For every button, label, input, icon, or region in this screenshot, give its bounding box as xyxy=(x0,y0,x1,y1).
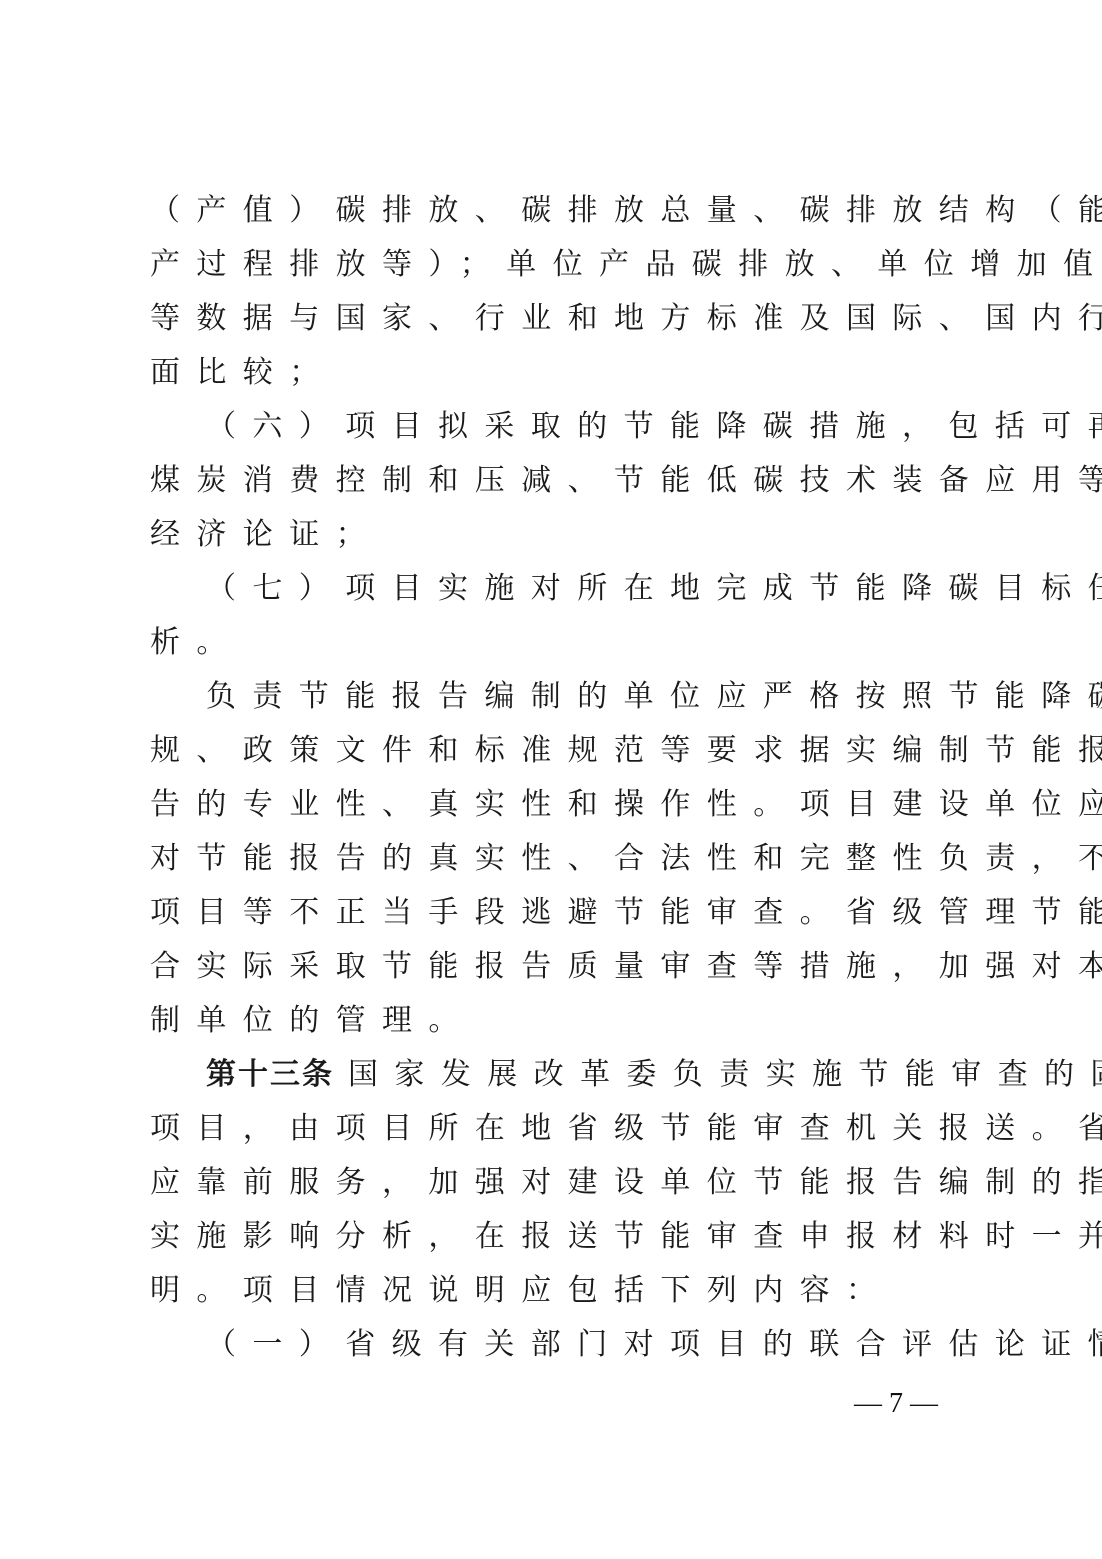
text-line: 制单位的管理。 xyxy=(150,994,950,1048)
text-line: 规、政策文件和标准规范等要求据实编制节能报告，确保节能报 xyxy=(150,724,950,778)
paragraph-start: 负责节能报告编制的单位应严格按照节能降碳有关法律法 xyxy=(150,670,950,724)
text-line: 明。项目情况说明应包括下列内容： xyxy=(150,1264,950,1318)
text-line: 对节能报告的真实性、合法性和完整性负责，不得以拆分或合并 xyxy=(150,832,950,886)
text-line: 析。 xyxy=(150,616,950,670)
text-line: 合实际采取节能报告质量审查等措施，加强对本地区节能报告编 xyxy=(150,940,950,994)
text-line: 告的专业性、真实性和操作性。项目建设单位应出具书面承诺， xyxy=(150,778,950,832)
list-item-7: （七）项目实施对所在地完成节能降碳目标任务的影响分 xyxy=(150,562,950,616)
document-body: （产值）碳排放、碳排放总量、碳排放结构（能源活动、工业生 产过程排放等）；单位产… xyxy=(150,184,950,1372)
article-text: 国家发展改革委负责实施节能审查的固定资产投资 xyxy=(348,1057,1102,1092)
text-line: 煤炭消费控制和压减、节能低碳技术装备应用等措施及其技术、 xyxy=(150,454,950,508)
text-line: 项目等不正当手段逃避节能审查。省级管理节能工作的部门可结 xyxy=(150,886,950,940)
text-line: 产过程排放等）；单位产品碳排放、单位增加值（产值）碳排放 xyxy=(150,238,950,292)
text-line: 应靠前服务，加强对建设单位节能报告编制的指导，并开展项目 xyxy=(150,1156,950,1210)
text-line: 面比较； xyxy=(150,346,950,400)
list-item-6: （六）项目拟采取的节能降碳措施，包括可再生能源替代、 xyxy=(150,400,950,454)
article-heading: 第十三条 xyxy=(206,1057,334,1092)
text-line: （产值）碳排放、碳排放总量、碳排放结构（能源活动、工业生 xyxy=(150,184,950,238)
text-line: 项目，由项目所在地省级节能审查机关报送。省级节能审查机关 xyxy=(150,1102,950,1156)
text-line: 等数据与国家、行业和地方标准及国际、国内行业先进水平的全 xyxy=(150,292,950,346)
text-line: 经济论证； xyxy=(150,508,950,562)
page-number: — 7 — xyxy=(846,1388,946,1420)
list-item-1: （一）省级有关部门对项目的联合评估论证情况，包括产业 xyxy=(150,1318,950,1372)
text-line: 实施影响分析，在报送节能审查申报材料时一并提交项目情况说 xyxy=(150,1210,950,1264)
article-13-start: 第十三条国家发展改革委负责实施节能审查的固定资产投资 xyxy=(150,1048,950,1102)
